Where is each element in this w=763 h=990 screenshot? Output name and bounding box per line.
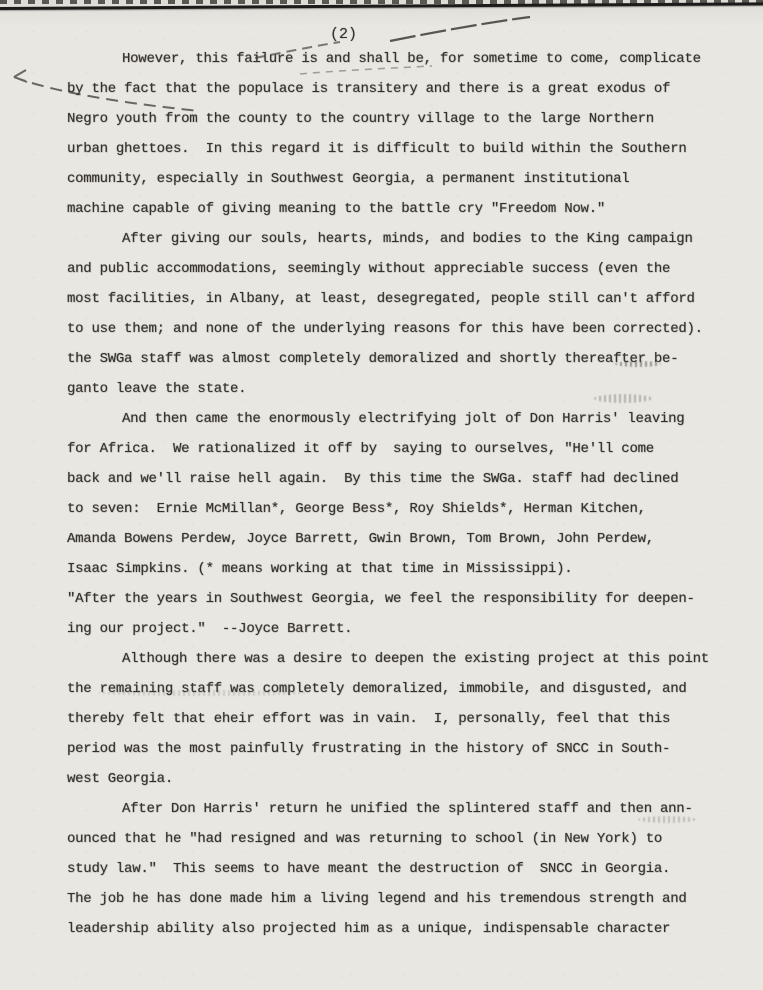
- document-line: Negro youth from the county to the count…: [67, 104, 739, 134]
- scan-smudge: [638, 816, 696, 823]
- pencil-slash-right: [390, 17, 530, 41]
- page-number: (2): [330, 26, 357, 43]
- document-line: "After the years in Southwest Georgia, w…: [67, 584, 739, 614]
- document-line: period was the most painfully frustratin…: [67, 734, 739, 764]
- document-line: back and we'll raise hell again. By this…: [67, 464, 739, 494]
- document-line: and public accommodations, seemingly wit…: [67, 254, 739, 284]
- document-line: to use them; and none of the underlying …: [67, 314, 739, 344]
- document-line: for Africa. We rationalized it off by sa…: [67, 434, 739, 464]
- document-line: most facilities, in Albany, at least, de…: [67, 284, 739, 314]
- document-line: study law." This seems to have meant the…: [67, 854, 739, 884]
- scan-smudge: [615, 361, 661, 367]
- scan-smudge: [98, 690, 308, 696]
- document-line: However, this failure is and shall be, f…: [67, 44, 739, 74]
- document-line: community, especially in Southwest Georg…: [67, 164, 739, 194]
- document-line: the remaining staff was completely demor…: [67, 674, 739, 704]
- document-line: ounced that he "had resigned and was ret…: [67, 824, 739, 854]
- document-line: machine capable of giving meaning to the…: [67, 194, 739, 224]
- document-line: After giving our souls, hearts, minds, a…: [67, 224, 739, 254]
- document-line: ing our project." --Joyce Barrett.: [67, 614, 739, 644]
- document-line: by the fact that the populace is transit…: [67, 74, 739, 104]
- document-line: The job he has done made him a living le…: [67, 884, 739, 914]
- document-line: urban ghettoes. In this regard it is dif…: [67, 134, 739, 164]
- document-line: west Georgia.: [67, 764, 739, 794]
- document-line: to seven: Ernie McMillan*, George Bess*,…: [67, 494, 739, 524]
- document-body: However, this failure is and shall be, f…: [67, 44, 739, 944]
- document-line: And then came the enormously electrifyin…: [67, 404, 739, 434]
- document-line: Amanda Bowens Perdew, Joyce Barrett, Gwi…: [67, 524, 739, 554]
- document-line: thereby felt that eheir effort was in va…: [67, 704, 739, 734]
- document-line: Although there was a desire to deepen th…: [67, 644, 739, 674]
- document-line: Isaac Simpkins. (* means working at that…: [67, 554, 739, 584]
- document-line: the SWGa staff was almost completely dem…: [67, 344, 739, 374]
- document-line: leadership ability also projected him as…: [67, 914, 739, 944]
- scanned-document-page: (2) However, this failure is and shall b…: [0, 0, 763, 990]
- scan-smudge: [594, 394, 652, 403]
